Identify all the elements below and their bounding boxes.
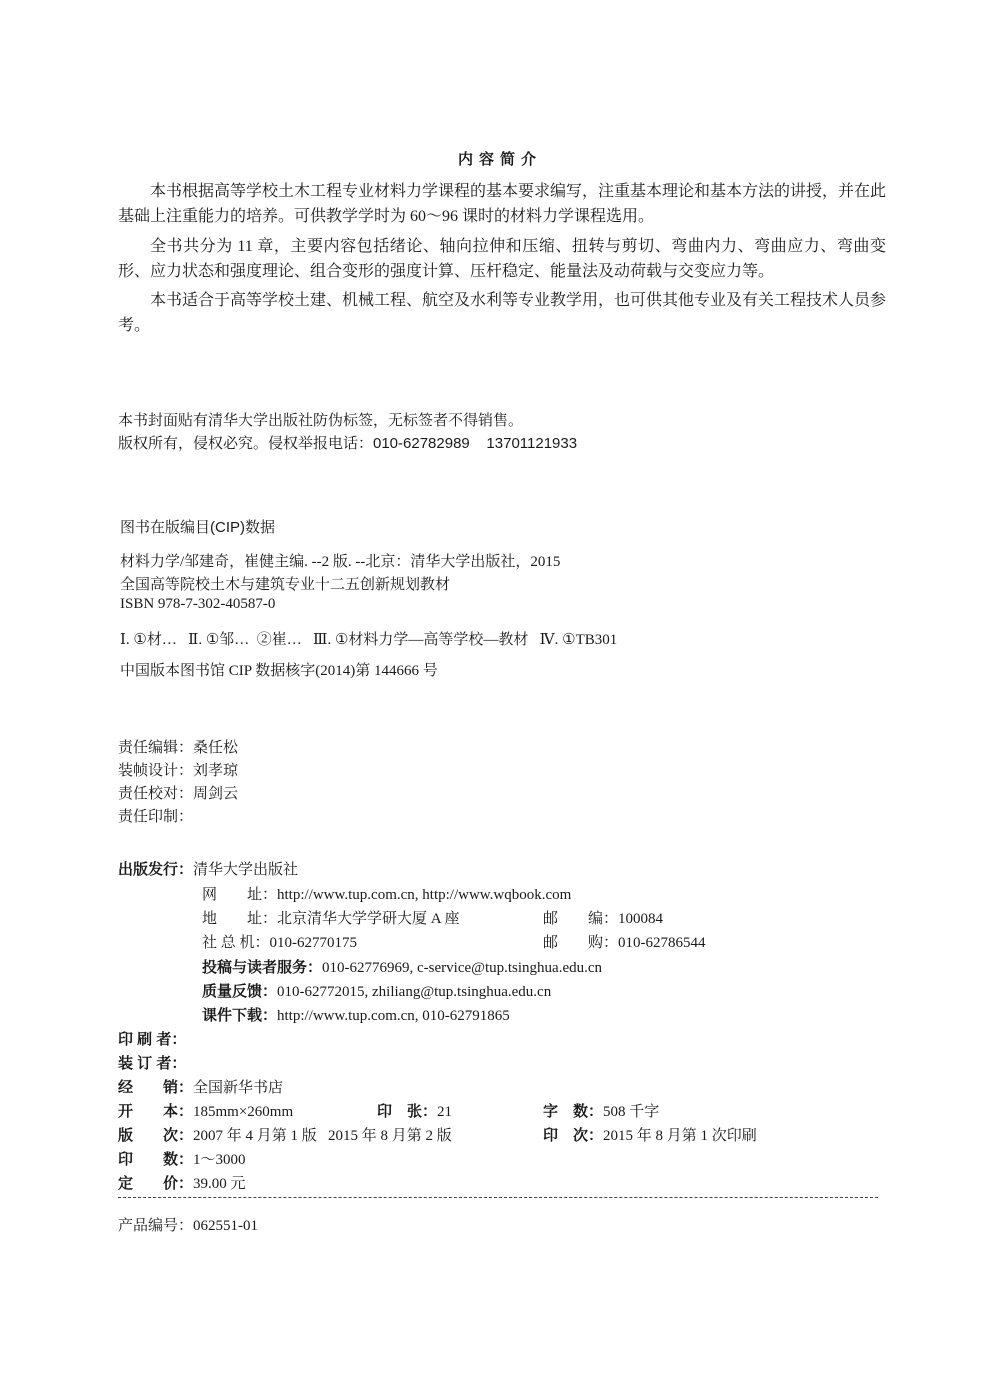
staff-printing-label: 责任印制： xyxy=(118,808,193,825)
anti-counterfeit-notice: 本书封面贴有清华大学出版社防伪标签，无标签者不得销售。 xyxy=(118,409,523,432)
format-value: 185mm×260mm xyxy=(193,1104,293,1120)
address-row: 地 址：北京清华大学学研大厦 A 座 xyxy=(202,907,460,928)
reader-service-value: 010-62776969, c-service@tup.tsinghua.edu… xyxy=(322,960,602,976)
sheets-value: 21 xyxy=(437,1104,452,1120)
distributor-row: 经 销：全国新华书店 xyxy=(118,1076,283,1097)
mail-order-label: 邮 购： xyxy=(543,935,618,951)
publisher-row: 出版发行：清华大学出版社 xyxy=(118,858,298,879)
staff-designer-value: 刘孝琼 xyxy=(193,762,238,779)
postcode-value: 100084 xyxy=(618,911,663,927)
print-run-label: 印 数： xyxy=(118,1151,193,1168)
format-row: 开 本：185mm×260mm xyxy=(118,1100,293,1121)
edition-value: 2007 年 4 月第 1 版 2015 年 8 月第 2 版 xyxy=(193,1128,452,1144)
edition-label: 版 次： xyxy=(118,1127,193,1144)
staff-proofreader-label: 责任校对： xyxy=(118,785,193,802)
staff-proofreader: 责任校对：周剑云 xyxy=(118,782,238,803)
cip-isbn: ISBN 978-7-302-40587-0 xyxy=(120,596,275,613)
staff-designer: 装帧设计：刘孝琼 xyxy=(118,759,238,780)
staff-printing: 责任印制： xyxy=(118,805,193,826)
cip-record: 中国版本图书馆 CIP 数据核字(2014)第 144666 号 xyxy=(120,659,438,680)
staff-designer-label: 装帧设计： xyxy=(118,762,193,779)
switchboard-row: 社 总 机：010-62770175 xyxy=(202,931,357,952)
switchboard-label: 社 总 机： xyxy=(202,935,270,951)
price-label: 定 价： xyxy=(118,1175,193,1192)
postcode-row: 邮 编：100084 xyxy=(543,907,663,928)
impression-label: 印 次： xyxy=(543,1127,603,1144)
dashed-divider xyxy=(118,1197,878,1198)
staff-editor-label: 责任编辑： xyxy=(118,739,193,756)
staff-editor-value: 桑任松 xyxy=(193,739,238,756)
reader-service-row: 投稿与读者服务：010-62776969, c-service@tup.tsin… xyxy=(202,956,602,977)
website-row: 网 址：http://www.tup.com.cn, http://www.wq… xyxy=(202,883,571,904)
summary-title: 内容简介 xyxy=(0,148,1000,169)
product-code-label: 产品编号： xyxy=(118,1217,193,1234)
feedback-label: 质量反馈： xyxy=(202,983,277,1000)
feedback-value: 010-62772015, zhiliang@tup.tsinghua.edu.… xyxy=(277,984,551,1000)
staff-editor: 责任编辑：桑任松 xyxy=(118,736,238,757)
price-row: 定 价：39.00 元 xyxy=(118,1172,246,1193)
impression-row: 印 次：2015 年 8 月第 1 次印刷 xyxy=(543,1124,757,1145)
mail-order-value: 010-62786544 xyxy=(618,935,706,951)
print-run-row: 印 数：1～3000 xyxy=(118,1148,246,1169)
summary-paragraph-1: 本书根据高等学校土木工程专业材料力学课程的基本要求编写，注重基本理论和基本方法的… xyxy=(118,180,886,229)
words-row: 字 数：508 千字 xyxy=(543,1100,659,1121)
distributor-label: 经 销： xyxy=(118,1079,193,1096)
distributor-value: 全国新华书店 xyxy=(193,1080,283,1096)
courseware-value: http://www.tup.com.cn, 010-62791865 xyxy=(277,1008,510,1024)
copyright-notice: 版权所有，侵权必究。侵权举报电话：010-62782989 1370112193… xyxy=(118,432,577,455)
cip-heading: 图书在版编目(CIP)数据 xyxy=(120,516,275,537)
address-value: 北京清华大学学研大厦 A 座 xyxy=(277,911,460,927)
binder-label: 装 订 者： xyxy=(118,1052,186,1073)
printer-label: 印 刷 者： xyxy=(118,1028,186,1049)
switchboard-value: 010-62770175 xyxy=(270,935,358,951)
product-code-row: 产品编号：062551-01 xyxy=(118,1214,258,1235)
price-value: 39.00 元 xyxy=(193,1176,246,1192)
cip-line-2: 全国高等院校土木与建筑专业十二五创新规划教材 xyxy=(120,573,450,594)
summary-paragraph-3: 本书适合于高等学校土建、机械工程、航空及水利等专业教学用，也可供其他专业及有关工… xyxy=(118,289,886,338)
product-code-value: 062551-01 xyxy=(193,1218,258,1234)
website-label: 网 址： xyxy=(202,887,277,903)
publisher-label: 出版发行： xyxy=(118,861,193,878)
print-run-value: 1～3000 xyxy=(193,1152,246,1168)
summary-paragraph-2: 全书共分为 11 章，主要内容包括绪论、轴向拉伸和压缩、扭转与剪切、弯曲内力、弯… xyxy=(118,235,886,284)
staff-proofreader-value: 周剑云 xyxy=(193,785,238,802)
edition-row: 版 次：2007 年 4 月第 1 版 2015 年 8 月第 2 版 xyxy=(118,1124,452,1145)
cip-classification: Ⅰ. ①材… Ⅱ. ①邹… ②崔… Ⅲ. ①材料力学—高等学校—教材 Ⅳ. ①T… xyxy=(120,628,617,649)
mail-order-row: 邮 购：010-62786544 xyxy=(543,931,706,952)
feedback-row: 质量反馈：010-62772015, zhiliang@tup.tsinghua… xyxy=(202,980,551,1001)
impression-value: 2015 年 8 月第 1 次印刷 xyxy=(603,1128,757,1144)
cip-line-1: 材料力学/邹建奇，崔健主编. --2 版. --北京：清华大学出版社，2015 xyxy=(120,550,560,571)
sheets-label: 印 张： xyxy=(377,1103,437,1120)
courseware-label: 课件下载： xyxy=(202,1007,277,1024)
postcode-label: 邮 编： xyxy=(543,911,618,927)
sheets-row: 印 张：21 xyxy=(377,1100,452,1121)
format-label: 开 本： xyxy=(118,1103,193,1120)
courseware-row: 课件下载：http://www.tup.com.cn, 010-62791865 xyxy=(202,1004,510,1025)
words-value: 508 千字 xyxy=(603,1104,659,1120)
words-label: 字 数： xyxy=(543,1103,603,1120)
address-label: 地 址： xyxy=(202,911,277,927)
website-value: http://www.tup.com.cn, http://www.wqbook… xyxy=(277,887,571,903)
reader-service-label: 投稿与读者服务： xyxy=(202,959,322,976)
publisher-name: 清华大学出版社 xyxy=(193,862,298,878)
